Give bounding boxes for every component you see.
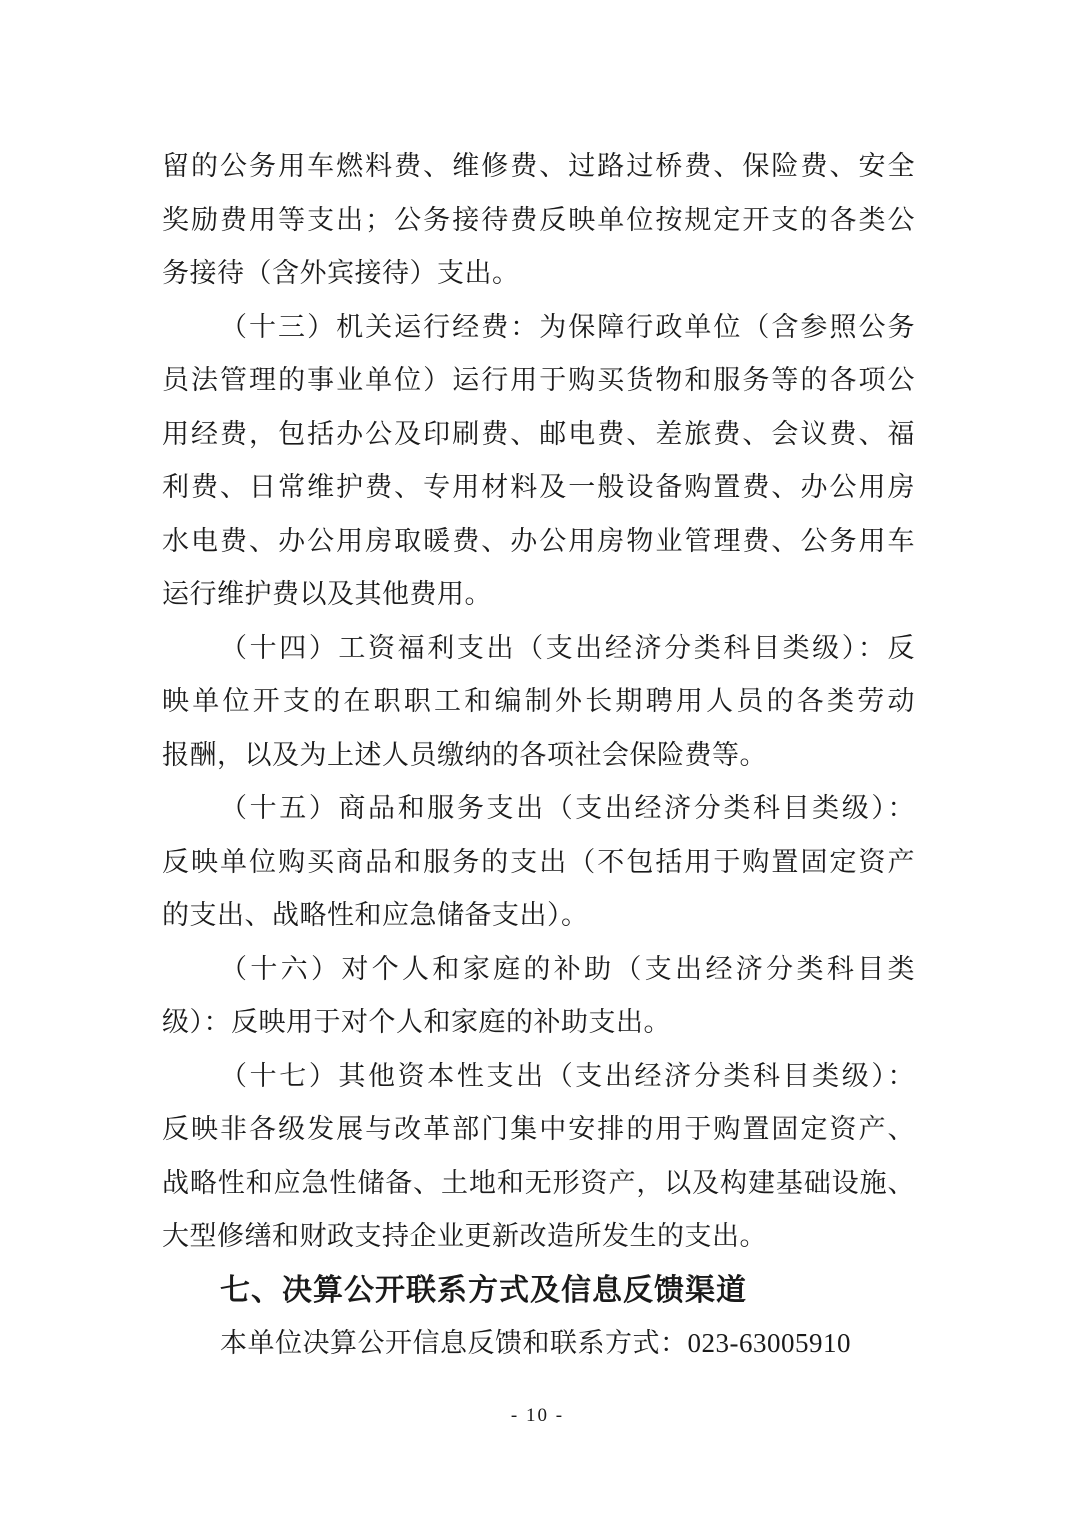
text-line: 级）：反映用于对个人和家庭的补助支出。 (162, 996, 915, 1050)
text-line: 运行维护费以及其他费用。 (162, 568, 915, 622)
text-line: 留的公务用车燃料费、维修费、过路过桥费、保险费、安全 (162, 140, 915, 194)
page-footer: - 10 - (0, 1403, 1075, 1429)
text-line: 报酬，以及为上述人员缴纳的各项社会保险费等。 (162, 729, 915, 783)
paragraph: （十七）其他资本性支出（支出经济分类科目类级）：反映非各级发展与改革部门集中安排… (162, 1050, 915, 1264)
text-line: 战略性和应急性储备、土地和无形资产，以及构建基础设施、 (162, 1157, 915, 1211)
text-line: 水电费、办公用房取暖费、办公用房物业管理费、公务用车 (162, 515, 915, 569)
text-line: 反映非各级发展与改革部门集中安排的用于购置固定资产、 (162, 1103, 915, 1157)
text-line: 的支出、战略性和应急储备支出）。 (162, 889, 915, 943)
text-line: 务接待（含外宾接待）支出。 (162, 247, 915, 301)
paragraph: （十四）工资福利支出（支出经济分类科目类级）：反映单位开支的在职职工和编制外长期… (162, 622, 915, 783)
text-line: （十四）工资福利支出（支出经济分类科目类级）：反 (162, 622, 915, 676)
text-line: 映单位开支的在职职工和编制外长期聘用人员的各类劳动 (162, 675, 915, 729)
paragraph: （十六）对个人和家庭的补助（支出经济分类科目类级）：反映用于对个人和家庭的补助支… (162, 943, 915, 1050)
text-line: （十七）其他资本性支出（支出经济分类科目类级）： (162, 1050, 915, 1104)
text-line: 员法管理的事业单位）运行用于购买货物和服务等的各项公 (162, 354, 915, 408)
paragraph: （十三）机关运行经费：为保障行政单位（含参照公务员法管理的事业单位）运行用于购买… (162, 301, 915, 622)
text-line: 反映单位购买商品和服务的支出（不包括用于购置固定资产 (162, 836, 915, 890)
text-line: （十六）对个人和家庭的补助（支出经济分类科目类 (162, 943, 915, 997)
text-line: 七、决算公开联系方式及信息反馈渠道 (162, 1264, 915, 1318)
paragraph: 留的公务用车燃料费、维修费、过路过桥费、保险费、安全奖励费用等支出；公务接待费反… (162, 140, 915, 301)
page-number: - 10 - (511, 1405, 564, 1426)
text-line: （十三）机关运行经费：为保障行政单位（含参照公务 (162, 301, 915, 355)
text-line: 大型修缮和财政支持企业更新改造所发生的支出。 (162, 1210, 915, 1264)
document-page: 留的公务用车燃料费、维修费、过路过桥费、保险费、安全奖励费用等支出；公务接待费反… (0, 0, 1075, 1520)
document-body: 留的公务用车燃料费、维修费、过路过桥费、保险费、安全奖励费用等支出；公务接待费反… (162, 140, 915, 1371)
text-line: 用经费，包括办公及印刷费、邮电费、差旅费、会议费、福 (162, 408, 915, 462)
text-line: 本单位决算公开信息反馈和联系方式：023-63005910 (162, 1317, 915, 1371)
paragraph: 本单位决算公开信息反馈和联系方式：023-63005910 (162, 1317, 915, 1371)
text-line: （十五）商品和服务支出（支出经济分类科目类级）： (162, 782, 915, 836)
text-line: 奖励费用等支出；公务接待费反映单位按规定开支的各类公 (162, 194, 915, 248)
paragraph: （十五）商品和服务支出（支出经济分类科目类级）：反映单位购买商品和服务的支出（不… (162, 782, 915, 943)
text-line: 利费、日常维护费、专用材料及一般设备购置费、办公用房 (162, 461, 915, 515)
section-heading: 七、决算公开联系方式及信息反馈渠道 (162, 1264, 915, 1318)
